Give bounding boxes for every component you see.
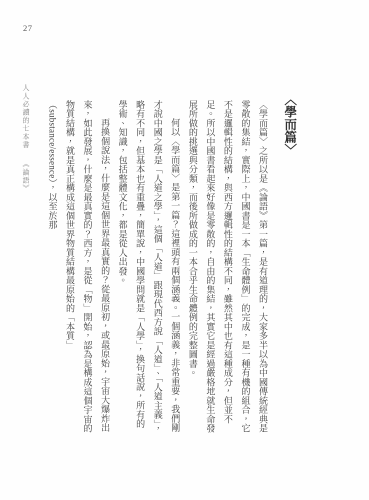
- paragraph-2: 何以〈學而篇〉是第一篇？這裡頭有兩個涵義。一個涵義，非常重要，我們剛才說中國之學…: [113, 100, 183, 434]
- book-page: 27 人人必讀的七本書《論語》 〈學而篇〉 〈學而篇〉之所以是《論語》第一篇，是…: [0, 0, 369, 500]
- running-title-book: 《論語》: [22, 149, 30, 192]
- running-title: 人人必讀的七本書《論語》: [21, 84, 31, 214]
- paragraph-1: 〈學而篇〉之所以是《論語》第一篇，是有道理的，大家多半以為中國傳統經典是零散的集…: [183, 100, 271, 434]
- chapter-title: 〈學而篇〉: [282, 93, 297, 156]
- page-number: 27: [23, 23, 33, 33]
- paragraph-3: 再換個說法，什麼是這個世界最真實的？從最原初，或最原始，宇宙大爆炸出來，如此發展…: [43, 100, 113, 434]
- running-title-series: 人人必讀的七本書: [22, 84, 30, 149]
- body-text: 〈學而篇〉之所以是《論語》第一篇，是有道理的，大家多半以為中國傳統經典是零散的集…: [43, 100, 271, 434]
